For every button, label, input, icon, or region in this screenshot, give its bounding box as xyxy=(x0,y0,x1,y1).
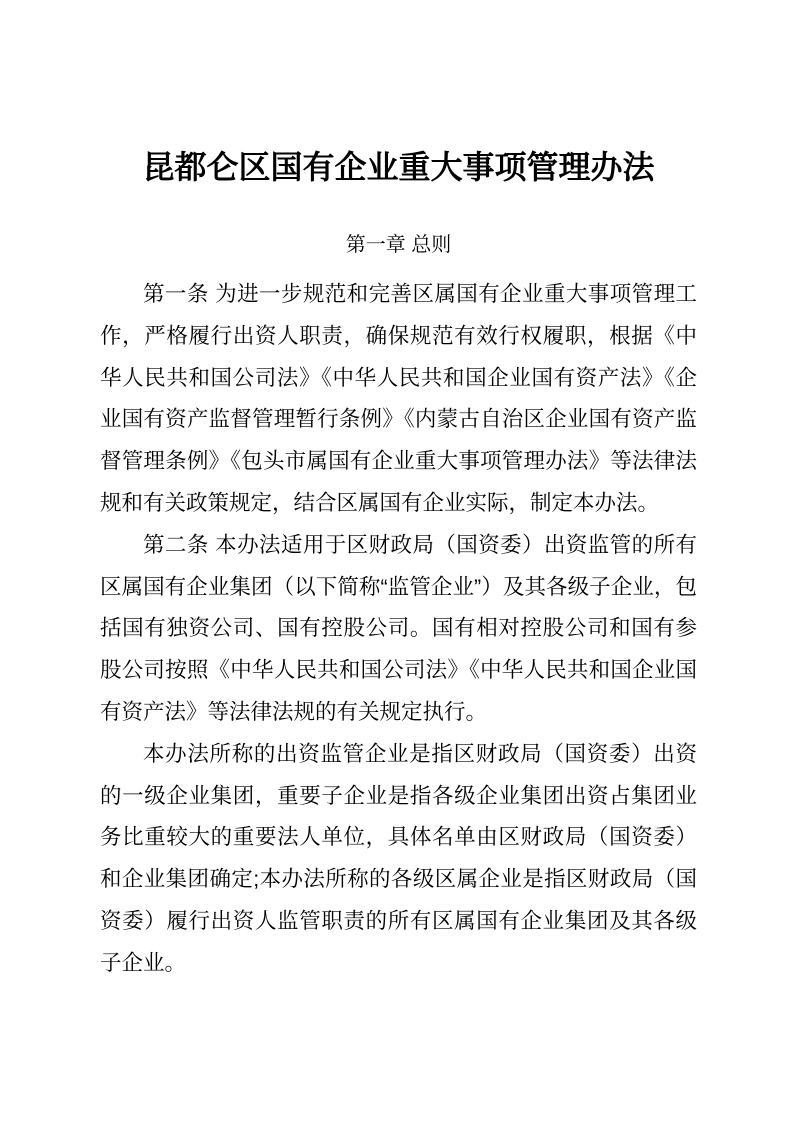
document-title: 昆都仑区国有企业重大事项管理办法 xyxy=(100,149,697,185)
document-body: 第一条 为进一步规范和完善区属国有企业重大事项管理工作，严格履行出资人职责，确保… xyxy=(100,274,697,985)
paragraph-article-2-definitions: 本办法所称的出资监管企业是指区财政局（国资委）出资的一级企业集团，重要子企业是指… xyxy=(100,734,697,985)
document-page: 昆都仑区国有企业重大事项管理办法 第一章 总则 第一条 为进一步规范和完善区属国… xyxy=(0,0,793,1122)
chapter-heading: 第一章 总则 xyxy=(100,233,697,257)
paragraph-article-1: 第一条 为进一步规范和完善区属国有企业重大事项管理工作，严格履行出资人职责，确保… xyxy=(100,274,697,525)
paragraph-article-2: 第二条 本办法适用于区财政局（国资委）出资监管的所有区属国有企业集团（以下简称“… xyxy=(100,525,697,734)
